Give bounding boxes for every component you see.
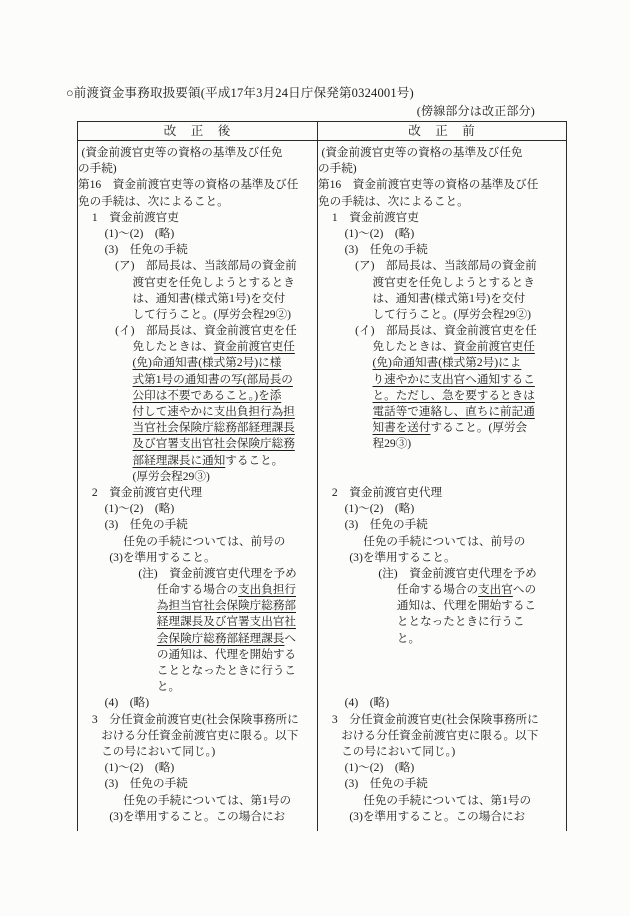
body-text: 通知は、代理を開始するこ [397,599,536,612]
text-line: (ア) 部局長は、当該部局の資金前 [78,258,317,274]
body-text: 任免の手続については、第1号の [123,794,291,807]
text-line [318,647,566,663]
body-text: ととなったときに行うこ [397,615,525,628]
text-line: の手続) [318,161,566,177]
body-text: は、通知書(様式第1号)を交付 [373,292,526,305]
body-text: 免の手続は、次によること。 [78,195,229,208]
body-text: (3) 任免の手続 [345,243,428,256]
underlined-revision-text: 会保険庁総務部経理課長 [157,632,285,645]
body-text: への [513,583,536,596]
body-text: (イ) 部局長は、資金前渡官吏を任 [115,324,297,337]
text-line: (注) 資金前渡官吏代理を予め [78,566,317,582]
text-line: (資金前渡官吏等の資格の基準及び任免 [78,145,317,161]
body-text: 2 資金前渡官吏代理 [332,486,442,499]
body-text: (厚労会程29③) [133,470,210,483]
text-line: 2 資金前渡官吏代理 [78,485,317,501]
body-text: (3) 任免の手続 [345,518,428,531]
body-text: 1 資金前渡官吏 [92,211,179,224]
text-line: 任免の手続については、第1号の [318,793,566,809]
underlined-revision-text: 支出負担行 [238,583,296,596]
underlined-revision-text: 及び官署支出官社会保険庁総務 [133,437,295,450]
text-line: 免の手続は、次によること。 [78,194,317,210]
text-line: (資金前渡官吏等の資格の基準及び任免 [318,145,566,161]
text-line: の通知は、代理を開始する [78,647,317,663]
text-line: して行うこと。(厚労会程29②) [78,307,317,323]
body-text: して行うこと。(厚労会程29②) [133,308,291,321]
body-text: 2 資金前渡官吏代理 [92,486,202,499]
body-text: すること。(厚労会 [431,421,528,434]
underlined-revision-text: 公印は不要であること。)を添 [133,389,282,402]
body-text: (1)～(2) (略) [345,502,415,515]
text-line: 3 分任資金前渡官吏(社会保険事務所に [78,712,317,728]
body-text: 1 資金前渡官吏 [332,211,419,224]
text-line: 1 資金前渡官吏 [78,210,317,226]
underlined-revision-text: 付して速やかに支出負担行為担 [133,405,295,418]
text-line: 第16 資金前渡官吏等の資格の基準及び任 [78,177,317,193]
table-header-row: 改 正 後 改 正 前 [78,122,566,141]
underlined-revision-text: 資金前渡官吏任 [214,340,295,353]
text-line [318,453,566,469]
underlined-revision-text: 電話等で連絡し、直ちに前記通 [373,405,535,418]
underlined-revision-text: 支出官 [478,583,513,596]
text-line: 知書を送付すること。(厚労会 [318,420,566,436]
body-text: (ア) 部局長は、当該部局の資金前 [115,259,297,272]
body-text: と。 [157,680,180,693]
text-line: 第16 資金前渡官吏等の資格の基準及び任 [318,177,566,193]
document-page: ○前渡資金事務取扱要領(平成17年3月24日庁保発第0324001号) (傍線部… [0,0,630,916]
body-text: (3) 任免の手続 [345,777,428,790]
text-line: 任免の手続については、前号の [318,534,566,550]
body-text: 3 分任資金前渡官吏(社会保険事務所に [332,713,539,726]
document-title: ○前渡資金事務取扱要領(平成17年3月24日庁保発第0324001号) [66,83,414,101]
body-text: (3)を準用すること。この場合にお [109,810,285,823]
text-line: 当官社会保険庁総務部経理課長 [78,420,317,436]
text-line: (3) 任免の手続 [318,517,566,533]
text-line: 任免の手続については、前号の [78,534,317,550]
body-text: (1)～(2) (略) [345,227,415,240]
body-text: 任免の手続については、前号の [123,535,285,548]
text-line: (1)～(2) (略) [78,226,317,242]
body-text: して行うこと。(厚労会程29②) [373,308,531,321]
body-text: 第16 資金前渡官吏等の資格の基準及び任 [78,178,298,191]
revision-note: (傍線部分は改正部分) [417,102,535,119]
text-line: この号において同じ。) [318,744,566,760]
body-text: (1)～(2) (略) [105,502,175,515]
text-line: おける分任資金前渡官吏に限る。以下 [318,728,566,744]
underlined-revision-text: (免)命通知書(様式第2号)に様 [133,356,282,369]
body-text: 第16 資金前渡官吏等の資格の基準及び任 [318,178,538,191]
text-line: 渡官吏を任免しようとするとき [318,275,566,291]
body-text: こととなったときに行うこ [157,664,296,677]
body-text: (資金前渡官吏等の資格の基準及び任免 [81,146,282,159]
text-line: 経理課長及び官署支出官社 [78,614,317,630]
text-line: 為担当官社会保険庁総務部 [78,598,317,614]
text-line: 免したときは、資金前渡官吏任 [78,339,317,355]
underlined-revision-text: り速やかに支出官へ通知するこ [373,373,535,386]
text-line: (3)を準用すること。 [78,550,317,566]
text-line: (厚労会程29③) [78,469,317,485]
body-text: おける分任資金前渡官吏に限る。以下 [341,729,538,742]
underlined-revision-text: (免)命通知書(様式第2号)によ [373,356,522,369]
body-text: 任命する場合の [157,583,238,596]
body-text: 免の手続は、次によること。 [318,195,469,208]
text-line: (3) 任免の手続 [78,776,317,792]
underlined-revision-text: 式第1号の通知書の写(部局長の [133,373,293,386]
text-line: (イ) 部局長は、資金前渡官吏を任 [318,323,566,339]
body-text: (3)を準用すること。 [109,551,215,564]
text-line: 任免の手続については、第1号の [78,793,317,809]
body-text: 程29③) [373,437,412,450]
body-text: (1)～(2) (略) [345,761,415,774]
body-text: (注) 資金前渡官吏代理を予め [138,567,296,580]
text-line: (3) 任免の手続 [78,242,317,258]
body-text: 任免の手続については、前号の [363,535,525,548]
text-line: の手続) [78,161,317,177]
body-text: (4) (略) [345,696,389,709]
text-line: ととなったときに行うこ [318,614,566,630]
text-line: (4) (略) [318,695,566,711]
text-line [318,469,566,485]
body-text: は、通知書(様式第1号)を交付 [133,292,286,305]
text-line: (免)命通知書(様式第2号)によ [318,355,566,371]
text-line: 公印は不要であること。)を添 [78,388,317,404]
body-text: 渡官吏を任免しようとするとき [373,276,535,289]
text-line: (1)～(2) (略) [78,760,317,776]
underlined-revision-text: と。ただし、急を要するときは [373,389,535,402]
text-line: (3) 任免の手続 [318,242,566,258]
text-line: り速やかに支出官へ通知するこ [318,372,566,388]
text-line: (3) 任免の手続 [318,776,566,792]
text-line: 免の手続は、次によること。 [318,194,566,210]
text-line: 付して速やかに支出負担行為担 [78,404,317,420]
text-line: (3)を準用すること。 [318,550,566,566]
text-line: おける分任資金前渡官吏に限る。以下 [78,728,317,744]
text-line: して行うこと。(厚労会程29②) [318,307,566,323]
body-text: (3)を準用すること。 [349,551,455,564]
text-line: 渡官吏を任免しようとするとき [78,275,317,291]
text-line: この号において同じ。) [78,744,317,760]
text-line: と。 [318,631,566,647]
text-line: (1)～(2) (略) [318,760,566,776]
table-body: (資金前渡官吏等の資格の基準及び任免の手続)第16 資金前渡官吏等の資格の基準及… [78,141,566,831]
text-line: こととなったときに行うこ [78,663,317,679]
body-text: 任免の手続については、第1号の [363,794,531,807]
body-text: (1)～(2) (略) [105,227,175,240]
text-line: 部経理課長に通知すること。 [78,453,317,469]
text-line: (1)～(2) (略) [78,501,317,517]
text-line: は、通知書(様式第1号)を交付 [318,291,566,307]
text-line: 及び官署支出官社会保険庁総務 [78,436,317,452]
text-line: 免したときは、資金前渡官吏任 [318,339,566,355]
body-text: この号において同じ。) [101,745,215,758]
body-text: (ア) 部局長は、当該部局の資金前 [355,259,537,272]
body-text: (注) 資金前渡官吏代理を予め [378,567,536,580]
body-text: の手続) [318,162,357,175]
body-text: (3) 任免の手続 [105,518,188,531]
text-line: (注) 資金前渡官吏代理を予め [318,566,566,582]
body-text: 免したときは、 [133,340,214,353]
body-text: の通知は、代理を開始する [157,648,296,661]
body-text: と。 [397,632,420,645]
text-line: 通知は、代理を開始するこ [318,598,566,614]
underlined-revision-text: 当官社会保険庁総務部経理課長 [133,421,295,434]
text-line: 会保険庁総務部経理課長へ [78,631,317,647]
text-line: (イ) 部局長は、資金前渡官吏を任 [78,323,317,339]
body-text: (イ) 部局長は、資金前渡官吏を任 [355,324,537,337]
body-text: (3) 任免の手続 [105,777,188,790]
underlined-revision-text: 資金前渡官吏任 [454,340,535,353]
text-line: 1 資金前渡官吏 [318,210,566,226]
text-line: 任命する場合の支出負担行 [78,582,317,598]
text-line: 式第1号の通知書の写(部局長の [78,372,317,388]
text-line: 3 分任資金前渡官吏(社会保険事務所に [318,712,566,728]
underlined-revision-text: 経理課長及び官署支出官社 [157,615,296,628]
underlined-revision-text: 為担当官社会保険庁総務部 [157,599,296,612]
column-header-before: 改 正 前 [318,122,566,140]
body-text: この号において同じ。) [341,745,455,758]
text-line: (ア) 部局長は、当該部局の資金前 [318,258,566,274]
body-text: 免したときは、 [373,340,454,353]
text-line: と。 [78,679,317,695]
text-line: 2 資金前渡官吏代理 [318,485,566,501]
body-text: (4) (略) [105,696,149,709]
body-text: (資金前渡官吏等の資格の基準及び任免 [321,146,522,159]
text-line: 程29③) [318,436,566,452]
body-text: おける分任資金前渡官吏に限る。以下 [101,729,298,742]
body-text: 任命する場合の [397,583,478,596]
comparison-table: 改 正 後 改 正 前 (資金前渡官吏等の資格の基準及び任免の手続)第16 資金… [77,121,567,831]
column-before-content: (資金前渡官吏等の資格の基準及び任免の手続)第16 資金前渡官吏等の資格の基準及… [318,141,566,831]
body-text: へ [284,632,296,645]
body-text: 渡官吏を任免しようとするとき [133,276,295,289]
body-text: (3)を準用すること。この場合にお [349,810,525,823]
text-line: 任命する場合の支出官への [318,582,566,598]
text-line: 電話等で連絡し、直ちに前記通 [318,404,566,420]
text-line: と。ただし、急を要するときは [318,388,566,404]
column-after-content: (資金前渡官吏等の資格の基準及び任免の手続)第16 資金前渡官吏等の資格の基準及… [78,141,318,831]
underlined-revision-text: 部経理課長に通知 [133,454,226,467]
body-text: の手続) [78,162,117,175]
underlined-revision-text: 知書を送付 [373,421,431,434]
text-line: は、通知書(様式第1号)を交付 [78,291,317,307]
text-line: (1)～(2) (略) [318,501,566,517]
body-text: (3) 任免の手続 [105,243,188,256]
text-line: (3)を準用すること。この場合にお [318,809,566,825]
text-line: (4) (略) [78,695,317,711]
body-text: すること。 [225,454,283,467]
text-line [318,679,566,695]
text-line: (3)を準用すること。この場合にお [78,809,317,825]
text-line: (1)～(2) (略) [318,226,566,242]
column-header-after: 改 正 後 [78,122,318,140]
text-line: (3) 任免の手続 [78,517,317,533]
text-line [318,663,566,679]
body-text: 3 分任資金前渡官吏(社会保険事務所に [92,713,299,726]
text-line: (免)命通知書(様式第2号)に様 [78,355,317,371]
body-text: (1)～(2) (略) [105,761,175,774]
